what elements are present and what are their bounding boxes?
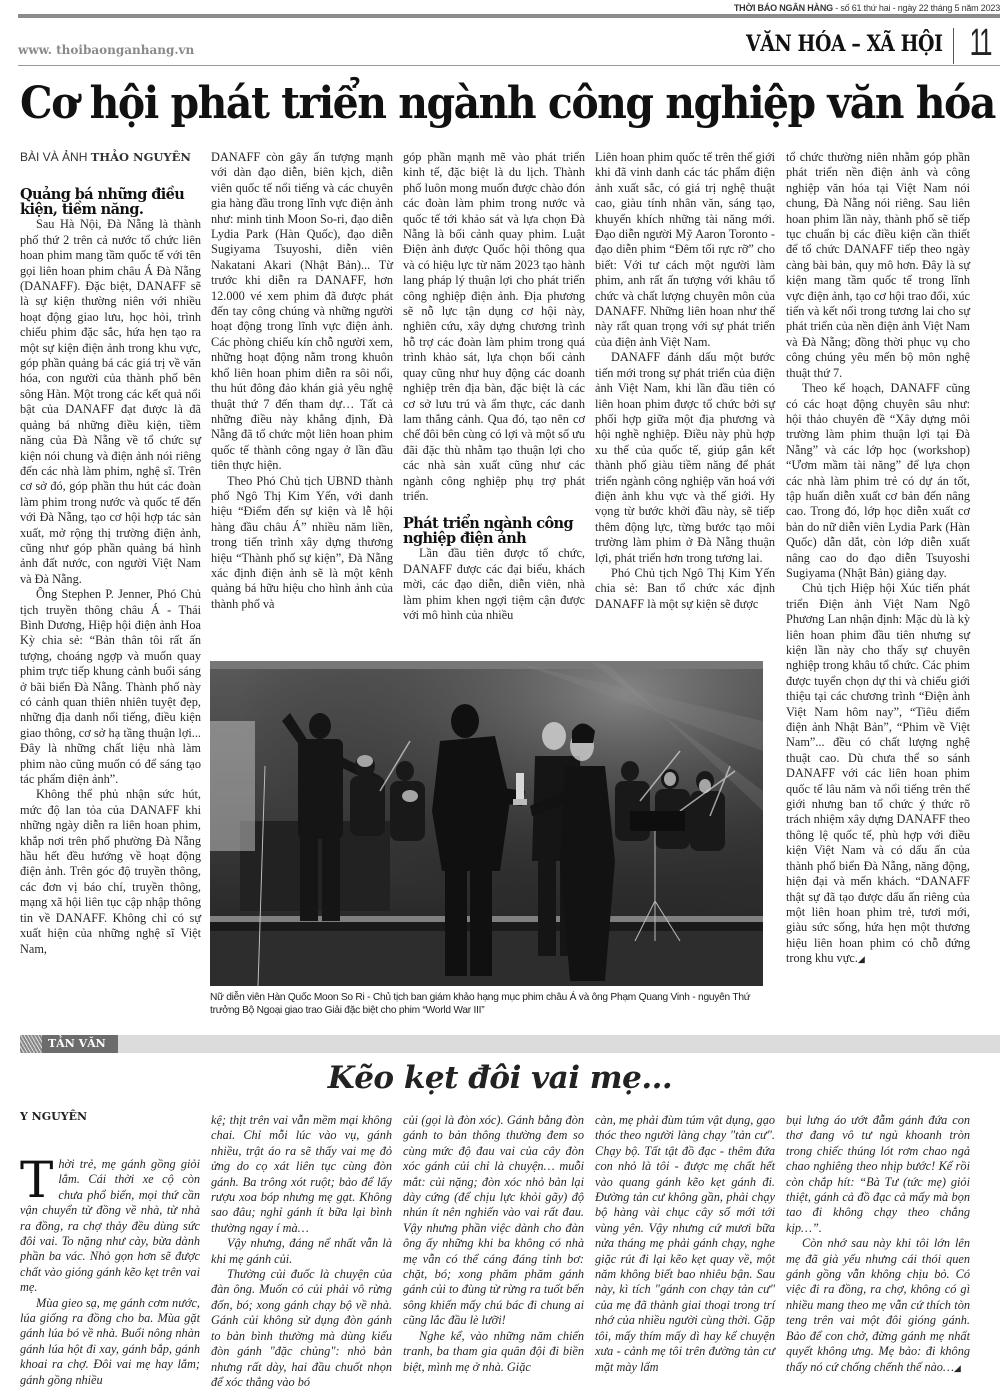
end-mark-icon: ◢ bbox=[954, 1363, 961, 1373]
paragraph: Theo Phó Chủ tịch UBND thành phố Ngô Thị… bbox=[211, 474, 393, 613]
essay-author: Y NGUYÊN bbox=[20, 1110, 87, 1123]
essay-column-3: củi (gọi là đòn xóc). Gánh bằng đòn gánh… bbox=[403, 1113, 584, 1375]
paragraph: Liên hoan phim quốc tế trên thế giới khi… bbox=[595, 150, 775, 350]
article-photo bbox=[210, 661, 763, 986]
paragraph: Theo kế hoạch, DANAFF cũng có các hoạt đ… bbox=[786, 381, 970, 581]
essay-column-2: kệ; thịt trên vai vẫn mềm mại không chai… bbox=[211, 1113, 392, 1390]
paragraph: càn, mẹ phải đùm túm vật dụng, gạo thóc … bbox=[595, 1113, 775, 1375]
page-number: 11 bbox=[969, 22, 990, 65]
paragraph: Mùa gieo sạ, mẹ gánh cơm nước, lúa giống… bbox=[20, 1296, 200, 1388]
site-url[interactable]: www. thoibaonganhang.vn bbox=[18, 43, 194, 57]
article-column-2: DANAFF còn gây ấn tượng mạnh với dàn đạo… bbox=[211, 150, 393, 612]
paragraph: Chủ tịch Hiệp hội Xúc tiến phát triển Đi… bbox=[786, 581, 970, 967]
paragraph: Thời trẻ, mẹ gánh gồng giỏi lắm. Cái thờ… bbox=[20, 1157, 200, 1296]
essay-title: Kẽo kẹt đôi vai mẹ... bbox=[0, 1060, 1000, 1096]
paragraph: Ông Stephen P. Jenner, Phó Chủ tịch truy… bbox=[20, 587, 201, 787]
article-column-4: Liên hoan phim quốc tế trên thế giới khi… bbox=[595, 150, 775, 612]
article-column-1: BÀI VÀ ẢNH THẢO NGUYÊN Quảng bá những đi… bbox=[20, 150, 201, 957]
section-title: VĂN HÓA – XÃ HỘI bbox=[745, 31, 942, 57]
paragraph: Vậy nhưng, đáng nể nhất vẫn là khi mẹ gá… bbox=[211, 1236, 392, 1267]
article-headline: Cơ hội phát triển ngành công nghiệp văn … bbox=[20, 78, 913, 129]
publication-name: THỜI BÁO NGÂN HÀNG bbox=[734, 3, 833, 13]
byline-author: THẢO NGUYÊN bbox=[91, 150, 191, 164]
paragraph: Không thể phủ nhận sức hút, mức độ lan t… bbox=[20, 787, 201, 956]
paragraph: kệ; thịt trên vai vẫn mềm mại không chai… bbox=[211, 1113, 392, 1236]
award-ceremony-image bbox=[210, 661, 763, 986]
top-divider bbox=[18, 14, 1000, 18]
paragraph: Còn nhớ sau này khi tôi lớn lên mẹ đã gi… bbox=[786, 1236, 970, 1376]
paragraph: Lần đầu tiên được tổ chức, DANAFF được c… bbox=[403, 546, 585, 623]
article-column-5: tổ chức thường niên nhằm góp phần phát t… bbox=[786, 150, 970, 968]
subhead-promotion: Quảng bá những điều kiện, tiềm năng. bbox=[20, 187, 201, 217]
paragraph: Phó Chủ tịch Ngô Thị Kim Yến chia sẻ: Ba… bbox=[595, 566, 775, 612]
paragraph: DANAFF đánh dấu một bước tiến mới trong … bbox=[595, 350, 775, 566]
paragraph: củi (gọi là đòn xóc). Gánh bằng đòn gánh… bbox=[403, 1113, 584, 1329]
section-tag: TẢN VĂN bbox=[20, 1035, 118, 1053]
byline: BÀI VÀ ẢNH THẢO NGUYÊN bbox=[20, 150, 201, 165]
hatch-pattern-icon bbox=[20, 1035, 42, 1053]
essay-column-4: càn, mẹ phải đùm túm vật dụng, gạo thóc … bbox=[595, 1113, 775, 1375]
essay-column-1: Thời trẻ, mẹ gánh gồng giỏi lắm. Cái thờ… bbox=[20, 1157, 200, 1388]
paragraph: DANAFF còn gây ấn tượng mạnh với dàn đạo… bbox=[211, 150, 393, 474]
paragraph: góp phần mạnh mẽ vào phát triển kinh tế,… bbox=[403, 150, 585, 504]
header-divider bbox=[18, 65, 1000, 66]
paragraph: bụi lưng áo ướt đẫm gánh đứa con thơ đan… bbox=[786, 1113, 970, 1236]
essay-column-5: bụi lưng áo ướt đẫm gánh đứa con thơ đan… bbox=[786, 1113, 970, 1376]
paragraph: Sau Hà Nội, Đà Nẵng là thành phố thứ 2 t… bbox=[20, 217, 201, 587]
photo-caption: Nữ diễn viên Hàn Quốc Moon So Ri - Chủ t… bbox=[210, 991, 770, 1017]
page-number-divider bbox=[953, 28, 954, 64]
subhead-film-industry: Phát triển ngành công nghiệp điện ảnh bbox=[403, 516, 585, 546]
section-band bbox=[20, 1035, 1000, 1053]
paragraph: Nghe kể, vào những năm chiến tranh, ba t… bbox=[403, 1329, 584, 1375]
article-column-3: góp phần mạnh mẽ vào phát triển kinh tế,… bbox=[403, 150, 585, 623]
drop-cap: T bbox=[20, 1159, 53, 1201]
issue-line: - số 61 thứ hai - ngày 22 tháng 5 năm 20… bbox=[833, 3, 1000, 13]
paragraph: Thường củi đuốc là chuyện của đàn ông. M… bbox=[211, 1267, 392, 1390]
paragraph: tổ chức thường niên nhằm góp phần phát t… bbox=[786, 150, 970, 381]
end-mark-icon: ◢ bbox=[858, 954, 865, 964]
issue-info: THỜI BÁO NGÂN HÀNG - số 61 thứ hai - ngà… bbox=[734, 3, 1000, 13]
